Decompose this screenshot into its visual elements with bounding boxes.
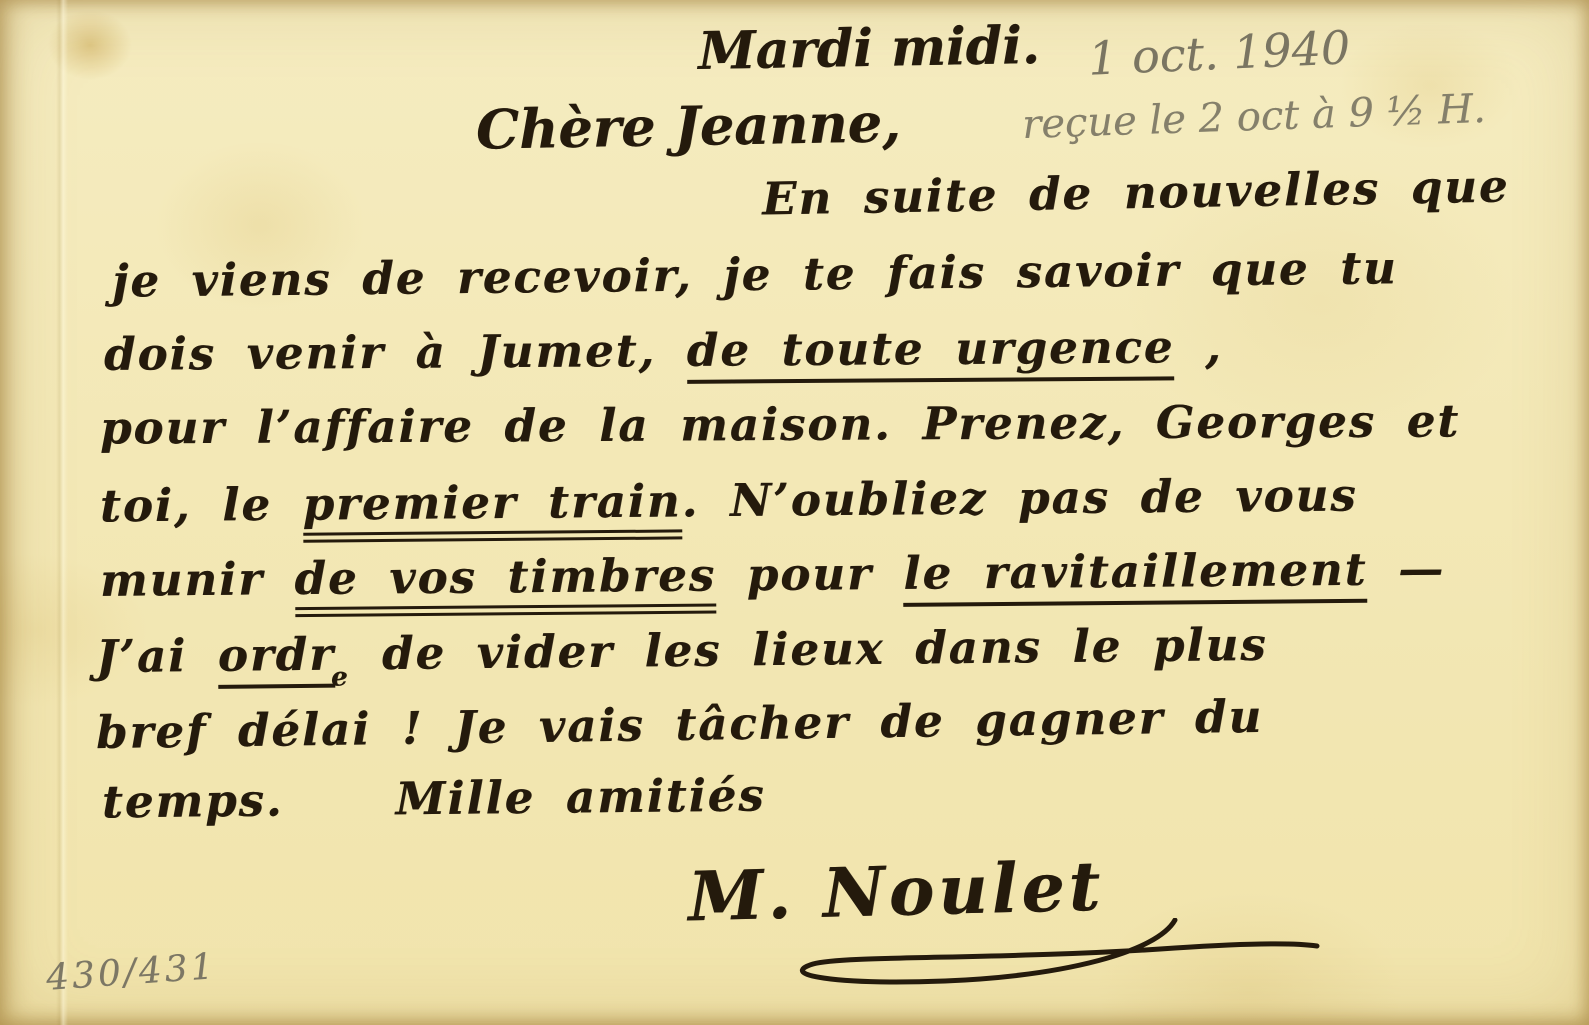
date-annotation-pencil: 1 oct. 1940 [1087,20,1351,85]
inserted-correction-letter: e [331,662,350,692]
underlined-text-segment: ordr [218,628,336,689]
postcard-paper: Mardi midi. 1 oct. 1940 Chère Jeanne, re… [0,0,1589,1025]
letter-line: temps.Mille amitiés [102,769,766,829]
letter-text-segment: temps. [102,774,284,829]
letter-text-segment: je viens de recevoir, je te fais savoir … [112,241,1398,307]
salutation: Chère Jeanne, [475,90,901,161]
letter-text-segment: , [1174,320,1223,373]
letter-line: dois venir à Jumet, de toute urgence , [104,320,1223,381]
letter-text-segment: munir [100,552,295,607]
underlined-text-segment: de toute urgence [687,320,1175,383]
letter-text-segment: En suite de nouvelles que [762,159,1510,225]
underlined-text-segment: le ravitaillement [903,543,1368,607]
letter-text-segment: J’ai [96,629,218,683]
archive-number-pencil: 430/431 [45,946,218,999]
letter-line: J’ai ordre de vider les lieux dans le pl… [96,618,1268,695]
double-underlined-text-segment: premier train [302,474,682,542]
dateline-handwriting: Mardi midi. [697,15,1040,82]
letter-line: toi, le premier train. N’oubliez pas de … [100,469,1358,533]
letter-line: pour l’affaire de la maison. Prenez, Geo… [100,394,1460,454]
letter-line: munir de vos timbres pour le ravitaillem… [100,542,1446,607]
letter-text-segment: toi, le [100,478,303,533]
letter-text-segment: — [1367,542,1445,596]
double-underlined-text-segment: de vos timbres [294,548,716,617]
letter-text-segment: pour [716,547,904,602]
letter-line: bref délai ! Je vais tâcher de gagner du [96,690,1264,759]
letter-text-segment: de vider les lieux dans le plus [351,618,1268,681]
letter-line: En suite de nouvelles que [762,159,1510,225]
letter-text-segment: bref délai ! Je vais tâcher de gagner du [96,690,1264,759]
letter-text-segment: dois venir à Jumet, [104,324,687,381]
letter-text-segment: . N’oubliez pas de vous [681,469,1357,528]
signature-flourish [705,918,1325,1008]
letter-line: je viens de recevoir, je te fais savoir … [112,241,1398,307]
letter-text-segment: pour l’affaire de la maison. Prenez, Geo… [100,394,1460,454]
paper-crease [56,0,68,1025]
received-annotation-pencil: reçue le 2 oct à 9 ½ H. [1021,86,1486,148]
closing-phrase: Mille amitiés [395,769,766,826]
